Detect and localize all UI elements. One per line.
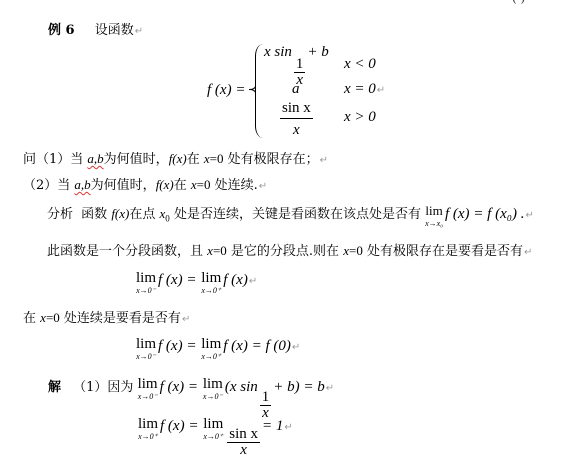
case-2-cond: x = 0↵: [344, 81, 385, 98]
case-3-expr: sin xx: [278, 98, 315, 141]
piecewise-lhs: f (x) =: [207, 82, 245, 99]
solution-line-1: 解 （1）因为 limx→0⁻f (x) = limx→0⁻(x sin1x+ …: [48, 376, 334, 421]
limit-equation-2: limx→0⁻f (x) = limx→0⁺f (x) = f (0)↵: [136, 336, 300, 361]
case-2-expr: a: [292, 81, 300, 98]
solution-label: 解: [48, 380, 61, 395]
case-1-cond: x < 0: [344, 56, 376, 73]
brace-tip-icon: [249, 89, 255, 90]
analysis-line: 分析 函数 f(x)在点 x0 处是否连续，关键是看函数在该点处是否有 limx…: [47, 203, 534, 228]
example-label: 例 6: [48, 23, 75, 38]
piecewise-note: 此函数是一个分段函数，且 x=0 是它的分段点.则在 x=0 处有极限存在是要看…: [47, 240, 532, 259]
paragraph-mark: ↵: [135, 26, 143, 37]
case-3-cond: x > 0: [344, 109, 376, 126]
question-2: （2）当 a,b为何值时，f(x)在 x=0 处连续.↵: [23, 174, 267, 193]
limit-equation-1: limx→0⁻f (x) = limx→0⁺f (x)↵: [136, 270, 257, 295]
question-1: 问（1）当 a,b为何值时，f(x)在 x=0 处有极限存在；↵: [23, 148, 328, 167]
solution-line-2: limx→0⁺f (x) = limx→0⁺sin xx= 1↵: [138, 416, 293, 456]
example-line: 例 6 设函数↵: [48, 19, 143, 38]
continuity-note: 在 x=0 处连续是要看是否有↵: [23, 307, 190, 326]
example-intro: 设函数: [95, 23, 134, 38]
left-brace-icon: [255, 44, 264, 138]
header-mark: ( ): [512, 0, 525, 5]
